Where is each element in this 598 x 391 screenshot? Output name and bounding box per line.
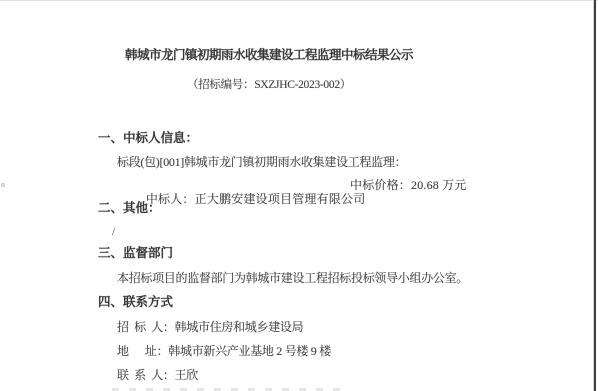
scan-top-edge [0,0,598,1]
lot-description-line: 标段(包)[001]韩城市龙门镇初期雨水收集建设工程监理： [117,155,406,169]
scan-artifact-speck [1,183,5,187]
section-3-heading-supervision-dept: 三、监督部门 [98,246,173,260]
bid-number-line: （招标编号：SXZJHC-2023-002） [0,78,538,92]
contact-person-line: 联 系 人：王欣 [117,368,198,382]
contact-bidder-line: 招 标 人：韩城市住房和城乡建设局 [117,320,303,334]
supervision-dept-text: 本招标项目的监督部门为韩城市建设工程招标投标领导小组办公室。 [117,271,468,285]
section-4-heading-contact-info: 四、联系方式 [98,295,173,309]
section-2-heading-other: 二、其他： [98,201,161,215]
winner-name-text: 中标人：正大鹏安建设项目管理有限公司 [146,192,366,206]
section-2-content-slash: / [112,224,116,238]
winning-price-text: 中标价格：20.68 万元 [350,178,467,192]
contact-address-line: 地 址：韩城市新兴产业基地 2 号楼 9 楼 [117,344,331,358]
scanned-document-page: 韩城市龙门镇初期雨水收集建设工程监理中标结果公示 （招标编号：SXZJHC-20… [0,0,598,391]
document-title: 韩城市龙门镇初期雨水收集建设工程监理中标结果公示 [0,48,538,62]
winner-and-price-line: 中标人：正大鹏安建设项目管理有限公司 中标价格：20.68 万元 [133,178,593,234]
scan-right-edge-line [593,0,596,391]
section-1-heading-winner-info: 一、中标人信息： [98,131,198,145]
